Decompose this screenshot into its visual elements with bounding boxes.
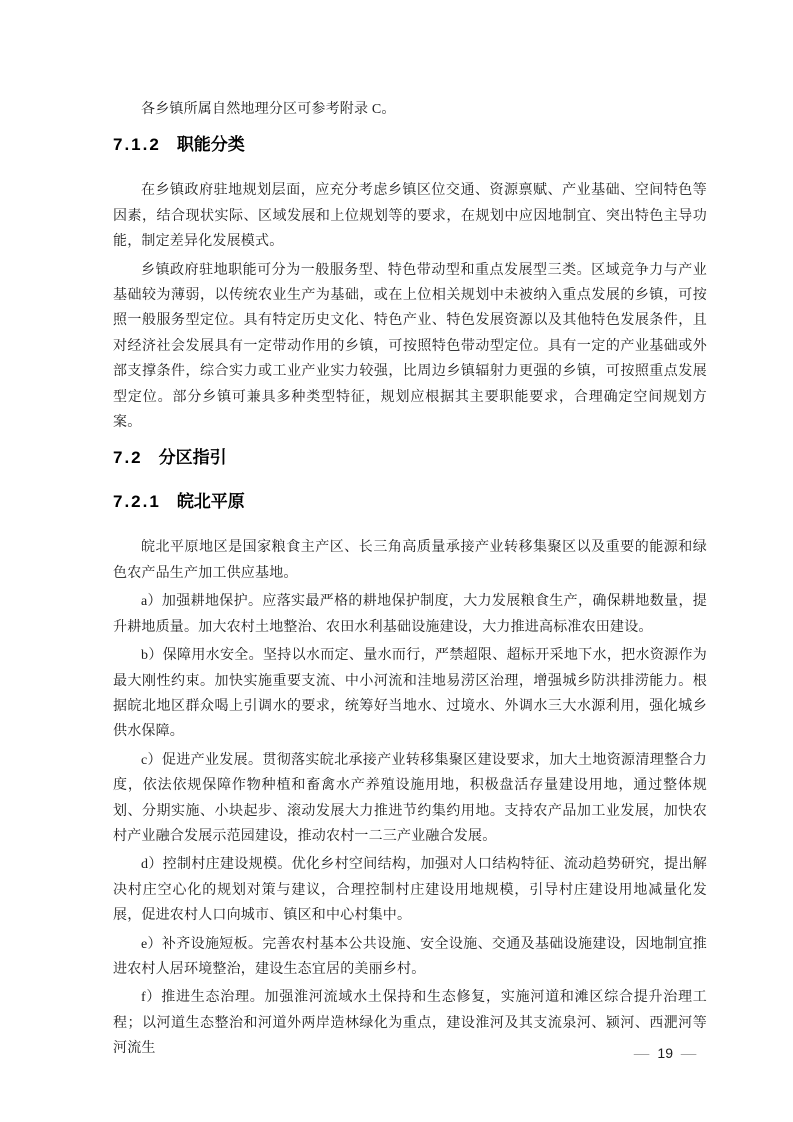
footer-left-dash: — <box>634 1046 650 1061</box>
heading-title: 职能分类 <box>177 135 245 154</box>
section-heading-7-1-2: 7.1.2职能分类 <box>113 134 707 156</box>
intro-paragraph: 各乡镇所属自然地理分区可参考附录 C。 <box>113 97 707 122</box>
heading-title: 分区指引 <box>159 448 227 467</box>
section-heading-7-2-1: 7.2.1皖北平原 <box>113 491 707 513</box>
heading-number: 7.1.2 <box>113 135 161 154</box>
footer-right-dash: — <box>681 1046 697 1061</box>
list-item-d: d）控制村庄建设规模。优化乡村空间结构，加强对人口结构特征、流动趋势研究，提出解… <box>113 852 707 928</box>
list-item-e: e）补齐设施短板。完善农村基本公共设施、安全设施、交通及基础设施建设，因地制宜推… <box>113 932 707 983</box>
paragraph-planning-factors: 在乡镇政府驻地规划层面，应充分考虑乡镇区位交通、资源禀赋、产业基础、空间特色等因… <box>113 178 707 254</box>
list-item-f: f）推进生态治理。加强淮河流域水土保持和生态修复，实施河道和滩区综合提升治理工程… <box>113 985 707 1061</box>
section-heading-7-2: 7.2分区指引 <box>113 447 707 469</box>
paragraph-region-overview: 皖北平原地区是国家粮食主产区、长三角高质量承接产业转移集聚区以及重要的能源和绿色… <box>113 535 707 586</box>
page-number: 19 <box>657 1045 673 1061</box>
document-page: 各乡镇所属自然地理分区可参考附录 C。 7.1.2职能分类 在乡镇政府驻地规划层… <box>0 0 793 1122</box>
heading-title: 皖北平原 <box>177 492 245 511</box>
list-item-b: b）保障用水安全。坚持以水而定、量水而行，严禁超限、超标开采地下水，把水资源作为… <box>113 643 707 745</box>
heading-number: 7.2 <box>113 448 143 467</box>
list-item-a: a）加强耕地保护。应落实最严格的耕地保护制度，大力发展粮食生产，确保耕地数量，提… <box>113 589 707 640</box>
heading-number: 7.2.1 <box>113 492 161 511</box>
page-footer: — 19 — <box>635 1045 695 1061</box>
list-item-c: c）促进产业发展。贯彻落实皖北承接产业转移集聚区建设要求，加大土地资源清理整合力… <box>113 748 707 850</box>
paragraph-function-types: 乡镇政府驻地职能可分为一般服务型、特色带动型和重点发展型三类。区域竞争力与产业基… <box>113 258 707 436</box>
